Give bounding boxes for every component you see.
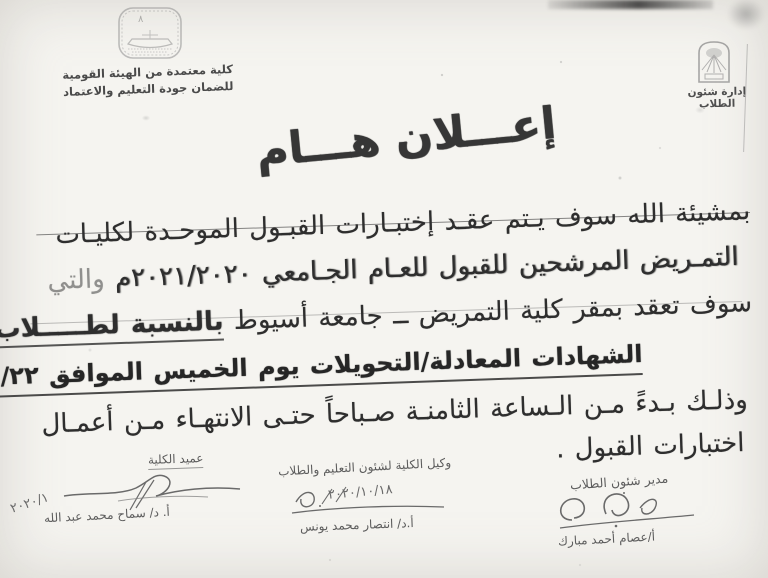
scanned-announcement-document: ٨ كلية معتمدة من الهيئة القومية للضمان ج…	[0, 0, 768, 578]
body-line-4-bold: الشهادات المعادلة/التحويلات يوم الخميس ا…	[0, 340, 642, 394]
body-line-2-tail: والتي	[47, 264, 105, 296]
stamp-number: ٨	[138, 14, 143, 25]
body-line-3-main: سوف تعقد بمقر كلية التمريض ــ جامعة أسيو…	[223, 288, 753, 336]
body-line-3: سوف تعقد بمقر كلية التمريض ــ جامعة أسيو…	[0, 288, 753, 344]
scan-smudge-corner	[720, 0, 768, 36]
body-line-1: بمشيئة الله سوف يـتم عقـد إختبـارات القب…	[55, 196, 751, 250]
accreditation-caption: كلية معتمدة من الهيئة القومية للضمان جود…	[49, 61, 246, 102]
body-line-2: التمـريض المرشحين للقبول للعـام الجـامعي…	[47, 242, 739, 296]
body-line-6: اختبارات القبول .	[555, 428, 744, 465]
body-line-2-main: التمـريض المرشحين للقبول للعـام الجـامعي…	[114, 242, 739, 294]
body-line-3-emphasis: بالنسبة لطـــــلاب	[0, 306, 224, 348]
document-title: إعـــلان هـــام	[244, 97, 567, 178]
student-affairs-caption: إدارة شئون الطلاب	[668, 85, 766, 111]
vice-dean-title: وكيل الكلية لشئون التعليم والطلاب	[278, 455, 452, 478]
accreditation-stamp-icon: ٨	[112, 6, 192, 62]
university-emblem-icon	[694, 38, 734, 84]
vice-dean-name: أ.د/ انتصار محمد يونس	[300, 516, 414, 534]
scan-smudge-top	[548, 0, 713, 9]
